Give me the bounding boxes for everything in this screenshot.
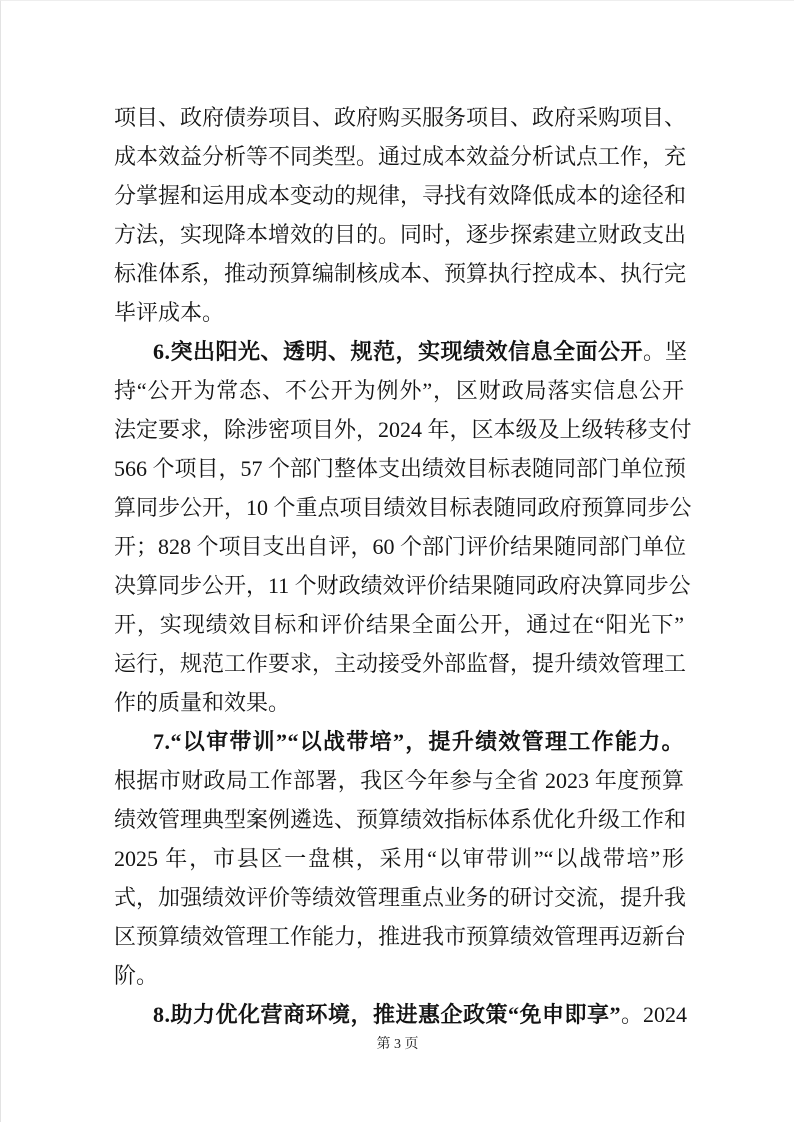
text-line: 毕评成本。 <box>114 293 684 332</box>
text-line: 阶。 <box>114 956 684 995</box>
text-line: 法定要求，除涉密项目外，2024 年，区本级及上级转移支付 <box>114 410 684 449</box>
text-line-heading-6: 6.突出阳光、透明、规范，实现绩效信息全面公开。坚 <box>114 332 684 371</box>
document-page: 项目、政府债券项目、政府购买服务项目、政府采购项目、 成本效益分析等不同类型。通… <box>0 0 794 1122</box>
text-line: 式，加强绩效评价等绩效管理重点业务的研讨交流，提升我 <box>114 878 684 917</box>
text-line: 区预算绩效管理工作能力，推进我市预算绩效管理再迈新台 <box>114 917 684 956</box>
text-line: 项目、政府债券项目、政府购买服务项目、政府采购项目、 <box>114 98 684 137</box>
text-line: 566 个项目，57 个部门整体支出绩效目标表随同部门单位预 <box>114 449 684 488</box>
text-line: 方法，实现降本增效的目的。同时，逐步探索建立财政支出 <box>114 215 684 254</box>
body-text: 阶。 <box>114 963 158 988</box>
document-body: 项目、政府债券项目、政府购买服务项目、政府采购项目、 成本效益分析等不同类型。通… <box>114 98 684 1034</box>
body-text: 。坚 <box>643 339 687 364</box>
text-line: 根据市财政局工作部署，我区今年参与全省 2023 年度预算 <box>114 761 684 800</box>
text-line: 开，实现绩效目标和评价结果全面公开，通过在“阳光下” <box>114 605 684 644</box>
body-text: 标准体系，推动预算编制核成本、预算执行控成本、执行完 <box>114 261 686 286</box>
body-text: 开；828 个项目支出自评，60 个部门评价结果随同部门单位 <box>114 534 686 559</box>
text-line: 开；828 个项目支出自评，60 个部门评价结果随同部门单位 <box>114 527 684 566</box>
heading-7-bold-text: 7.“以审带训”“以战带培”，提升绩效管理工作能力。 <box>153 729 684 754</box>
body-text: 绩效管理典型案例遴选、预算绩效指标体系优化升级工作和 <box>114 807 686 832</box>
text-line: 2025 年，市县区一盘棋，采用“以审带训”“以战带培”形 <box>114 839 684 878</box>
body-text: 根据市财政局工作部署，我区今年参与全省 2023 年度预算 <box>114 768 684 793</box>
heading-6-bold-text: 6.突出阳光、透明、规范，实现绩效信息全面公开 <box>153 339 643 364</box>
body-text: 566 个项目，57 个部门整体支出绩效目标表随同部门单位预 <box>114 456 686 481</box>
text-line: 绩效管理典型案例遴选、预算绩效指标体系优化升级工作和 <box>114 800 684 839</box>
heading-8-bold-text: 8.助力优化营商环境，推进惠企政策“免申即享” <box>153 1002 621 1027</box>
body-text: 作的质量和效果。 <box>114 690 290 715</box>
body-text: 开，实现绩效目标和评价结果全面公开，通过在“阳光下” <box>114 612 684 637</box>
body-text: 式，加强绩效评价等绩效管理重点业务的研讨交流，提升我 <box>114 885 686 910</box>
body-text: 成本效益分析等不同类型。通过成本效益分析试点工作，充 <box>114 144 686 169</box>
text-line: 作的质量和效果。 <box>114 683 684 722</box>
body-text: 区预算绩效管理工作能力，推进我市预算绩效管理再迈新台 <box>114 924 686 949</box>
body-text: 项目、政府债券项目、政府购买服务项目、政府采购项目、 <box>114 105 686 130</box>
text-line-heading-7: 7.“以审带训”“以战带培”，提升绩效管理工作能力。 <box>114 722 684 761</box>
text-line-heading-8: 8.助力优化营商环境，推进惠企政策“免申即享”。2024 <box>114 995 684 1034</box>
text-line: 持“公开为常态、不公开为例外”，区财政局落实信息公开 <box>114 371 684 410</box>
text-line: 算同步公开，10 个重点项目绩效目标表随同政府预算同步公 <box>114 488 684 527</box>
body-text: 持“公开为常态、不公开为例外”，区财政局落实信息公开 <box>114 378 684 403</box>
text-line: 决算同步公开，11 个财政绩效评价结果随同政府决算同步公 <box>114 566 684 605</box>
text-line: 运行，规范工作要求，主动接受外部监督，提升绩效管理工 <box>114 644 684 683</box>
body-text: 运行，规范工作要求，主动接受外部监督，提升绩效管理工 <box>114 651 686 676</box>
text-line: 标准体系，推动预算编制核成本、预算执行控成本、执行完 <box>114 254 684 293</box>
body-text: 2025 年，市县区一盘棋，采用“以审带训”“以战带培”形 <box>114 846 684 871</box>
body-text: 算同步公开，10 个重点项目绩效目标表随同政府预算同步公 <box>114 495 692 520</box>
page-number: 第 3 页 <box>1 1035 794 1055</box>
body-text: 毕评成本。 <box>114 300 224 325</box>
body-text: 法定要求，除涉密项目外，2024 年，区本级及上级转移支付 <box>114 417 692 442</box>
text-line: 分掌握和运用成本变动的规律，寻找有效降低成本的途径和 <box>114 176 684 215</box>
body-text: 方法，实现降本增效的目的。同时，逐步探索建立财政支出 <box>114 222 686 247</box>
body-text: 决算同步公开，11 个财政绩效评价结果随同政府决算同步公 <box>114 573 691 598</box>
text-line: 成本效益分析等不同类型。通过成本效益分析试点工作，充 <box>114 137 684 176</box>
body-text: 。2024 <box>621 1002 687 1027</box>
body-text: 分掌握和运用成本变动的规律，寻找有效降低成本的途径和 <box>114 183 686 208</box>
